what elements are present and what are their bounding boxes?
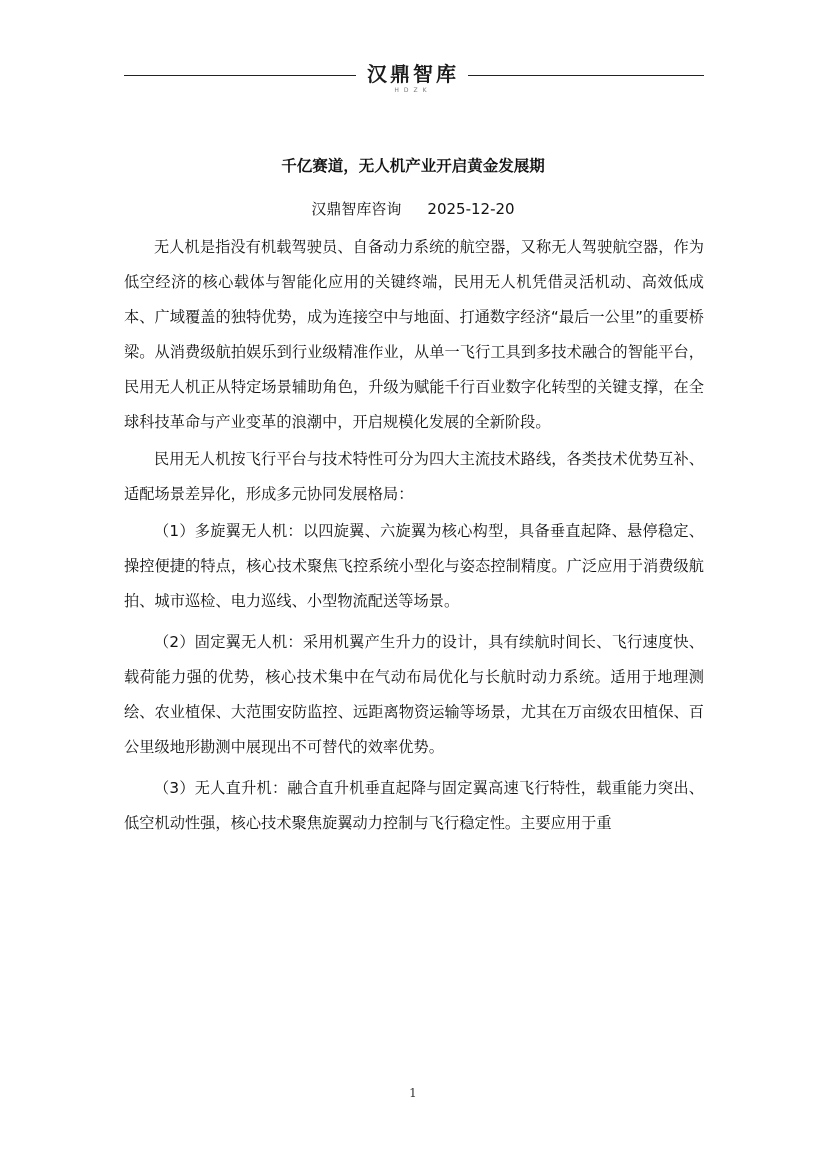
- header-rule-left: [124, 75, 356, 76]
- brand-logo: 汉鼎智库 HDZK: [360, 62, 466, 95]
- article-title: 千亿赛道，无人机产业开启黄金发展期: [0, 156, 826, 176]
- paragraph: （1）多旋翼无人机：以四旋翼、六旋翼为核心构型，具备垂直起降、悬停稳定、操控便捷…: [124, 514, 704, 619]
- brand-logo-latin: HDZK: [360, 87, 466, 95]
- publish-date: 2025-12-20: [427, 200, 514, 218]
- author: 汉鼎智库咨询: [311, 200, 401, 218]
- paragraph: 无人机是指没有机载驾驶员、自备动力系统的航空器，又称无人驾驶航空器，作为低空经济…: [124, 230, 704, 440]
- article-body: 无人机是指没有机载驾驶员、自备动力系统的航空器，又称无人驾驶航空器，作为低空经济…: [124, 230, 704, 841]
- article-byline: 汉鼎智库咨询2025-12-20: [0, 198, 826, 220]
- brand-logo-chinese: 汉鼎智库: [360, 62, 466, 86]
- page-number: 1: [0, 1086, 826, 1100]
- header-rule-right: [468, 75, 704, 76]
- paragraph: （3）无人直升机：融合直升机垂直起降与固定翼高速飞行特性，载重能力突出、低空机动…: [124, 771, 704, 841]
- paragraph: （2）固定翼无人机：采用机翼产生升力的设计，具有续航时间长、飞行速度快、载荷能力…: [124, 625, 704, 765]
- paragraph: 民用无人机按飞行平台与技术特性可分为四大主流技术路线，各类技术优势互补、适配场景…: [124, 442, 704, 512]
- document-header: 汉鼎智库 HDZK: [124, 62, 704, 96]
